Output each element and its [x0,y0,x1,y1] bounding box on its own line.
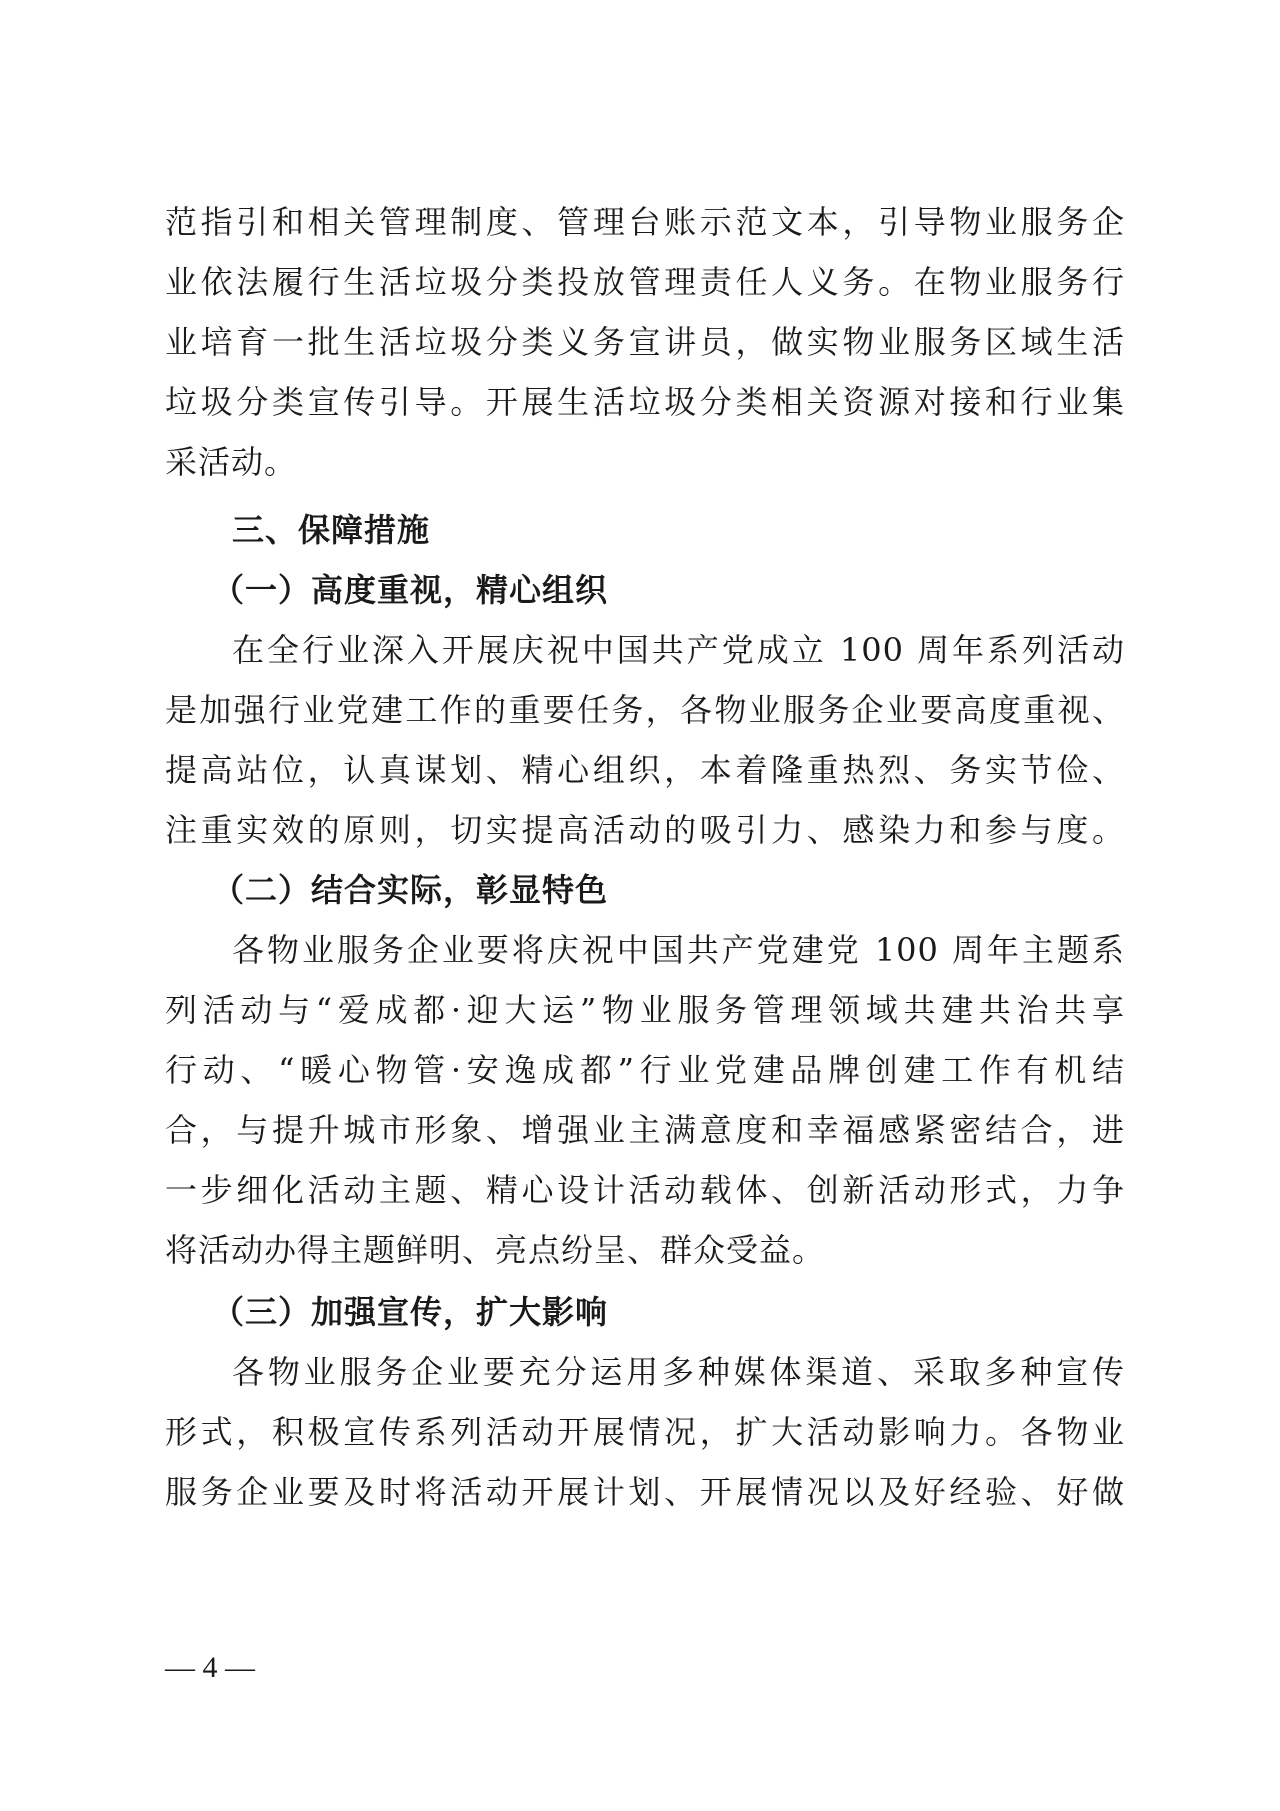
body-line: 业依法履行生活垃圾分类投放管理责任人义务。在物业服务行 [165,262,1125,302]
body-line: 采活动。 [165,442,1125,482]
body-line: 提高站位，认真谋划、精心组织，本着隆重热烈、务实节俭、 [165,750,1125,790]
body-line: 注重实效的原则，切实提高活动的吸引力、感染力和参与度。 [165,810,1125,850]
page-number: — 4 — [165,1650,255,1686]
body-line: 将活动办得主题鲜明、亮点纷呈、群众受益。 [165,1230,1125,1270]
body-line: 在全行业深入开展庆祝中国共产党成立 100 周年系列活动 [232,630,1125,670]
body-line: 行动、“暖心物管·安逸成都”行业党建品牌创建工作有机结 [165,1050,1125,1090]
body-line: 范指引和相关管理制度、管理台账示范文本，引导物业服务企 [165,202,1125,242]
body-line: 垃圾分类宣传引导。开展生活垃圾分类相关资源对接和行业集 [165,382,1125,422]
body-line: 合，与提升城市形象、增强业主满意度和幸福感紧密结合，进 [165,1110,1125,1150]
body-line: 是加强行业党建工作的重要任务，各物业服务企业要高度重视、 [165,690,1125,730]
body-line: 各物业服务企业要将庆祝中国共产党建党 100 周年主题系 [232,930,1125,970]
section-heading: 三、保障措施 [232,510,1125,550]
subsection-title-3: （三）加强宣传，扩大影响 [212,1292,1172,1332]
body-line: 形式，积极宣传系列活动开展情况，扩大活动影响力。各物业 [165,1412,1125,1452]
document-page: 范指引和相关管理制度、管理台账示范文本，引导物业服务企 业依法履行生活垃圾分类投… [0,0,1280,1811]
body-line: 服务企业要及时将活动开展计划、开展情况以及好经验、好做 [165,1472,1125,1512]
body-line: 列活动与“爱成都·迎大运”物业服务管理领域共建共治共享 [165,990,1125,1030]
subsection-title-1: （一）高度重视，精心组织 [212,570,1172,610]
body-line: 一步细化活动主题、精心设计活动载体、创新活动形式，力争 [165,1170,1125,1210]
body-line: 各物业服务企业要充分运用多种媒体渠道、采取多种宣传 [232,1352,1125,1392]
subsection-title-2: （二）结合实际，彰显特色 [212,870,1172,910]
body-line: 业培育一批生活垃圾分类义务宣讲员，做实物业服务区域生活 [165,322,1125,362]
